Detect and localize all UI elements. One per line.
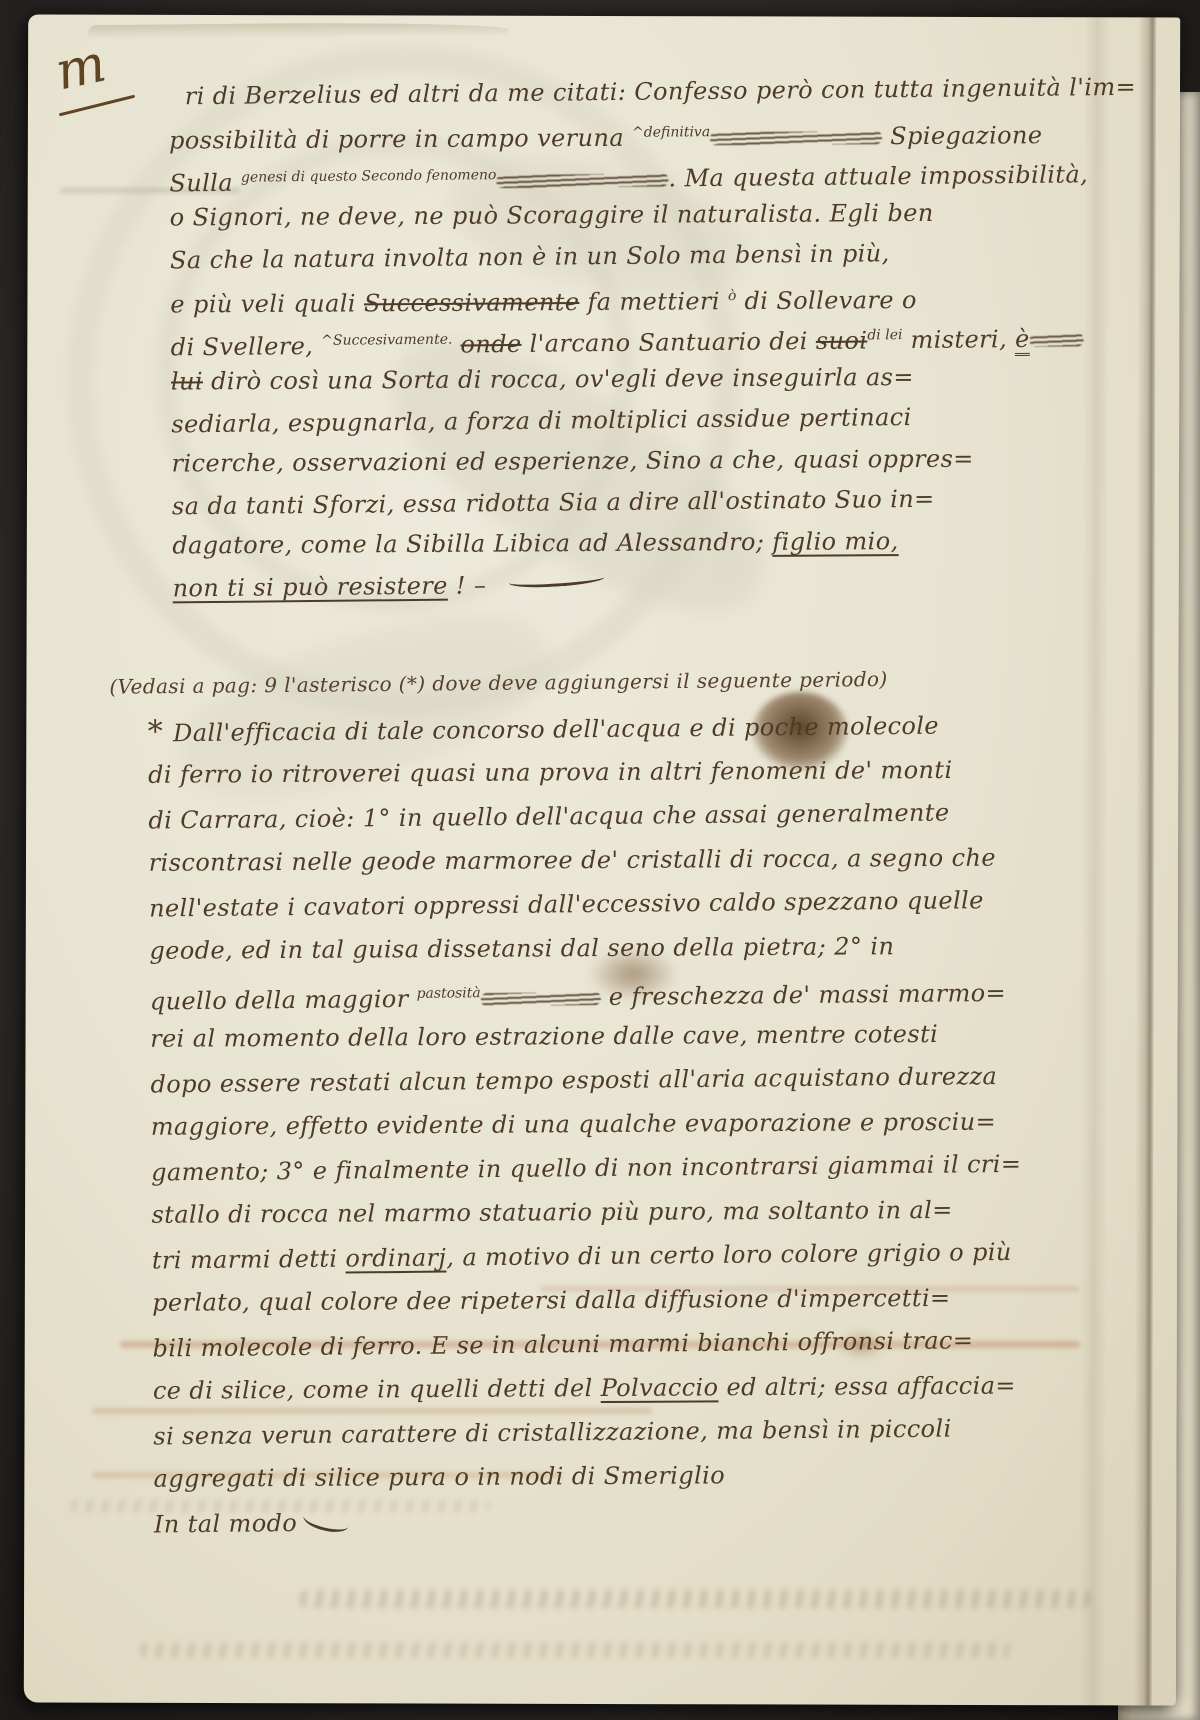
handwriting-segment: stallo di rocca nel marmo statuario più … (151, 1196, 952, 1229)
handwriting-segment: bili molecole di ferro. E se in alcuni m… (152, 1326, 973, 1362)
handwriting-segment: riscontrasi nelle geode marmoree de' cri… (149, 844, 996, 877)
marginal-note-line: (Vedasi a pag: 9 l'asterisco (*) dove de… (109, 660, 888, 707)
bleedthrough-writing (139, 1642, 1011, 1658)
page-top-edge (88, 21, 508, 39)
manuscript-line: bili molecole di ferro. E se in alcuni m… (152, 1318, 1023, 1371)
paragraph-addition: * Dall'efficacia di tale concorso dell'a… (148, 703, 1025, 1546)
handwriting-segment: l'arcano Santuario dei (521, 327, 816, 358)
manuscript-line: non ti si può resistere ! – (172, 559, 1140, 610)
manuscript-line: geode, ed in tal guisa dissetansi dal se… (149, 923, 1019, 972)
handwriting-segment: non ti si può resistere (172, 572, 447, 603)
handwriting-segment: dirò così una Sorta di rocca, ov'egli de… (203, 363, 914, 395)
scan-background: { "document": { "folio_mark": "m", "kind… (0, 0, 1200, 1720)
handwriting-segment: di Carrara, cioè: 1° in quello dell'acqu… (148, 799, 949, 835)
handwriting-segment: figlio mio, (772, 527, 898, 556)
handwriting-segment: ordinarj (345, 1244, 446, 1273)
manuscript-line: maggiore, effetto evidente di una qualch… (151, 1099, 1021, 1148)
handwriting-segment: suoi (816, 326, 868, 355)
handwriting-segment: aggregati di silice pura o in nodi di Sm… (154, 1461, 726, 1492)
struck-out-scribble (481, 992, 601, 1006)
handwriting-segment: sediarla, espugnarla, a forza di moltipl… (171, 403, 912, 438)
handwriting-segment: onde (460, 330, 521, 359)
pen-flourish (302, 1507, 351, 1536)
handwriting-segment: ^definitiva (632, 124, 710, 140)
manuscript-line: tri marmi detti ordinarj, a motivo di un… (152, 1230, 1023, 1283)
handwriting-segment: di Sollevare o (736, 286, 917, 315)
handwriting-segment: nell'estate i cavatori oppressi dall'ecc… (149, 886, 984, 922)
manuscript-line: (Vedasi a pag: 9 l'asterisco (*) dove de… (109, 659, 888, 708)
manuscript-line: aggregati di silice pura o in nodi di Sm… (153, 1451, 1023, 1500)
manuscript-line: si senza verun carattere di cristallizza… (153, 1406, 1024, 1459)
manuscript-text: ri di Berzelius ed altri da me citati: C… (0, 0, 1200, 5)
handwriting-segment: genesi di questo Secondo fenomeno (241, 167, 497, 186)
handwriting-segment: pastosità (416, 985, 480, 1002)
handwriting-segment: Successivamente (364, 288, 580, 317)
manuscript-line: gamento; 3° e finalmente in quello di no… (151, 1142, 1022, 1195)
manuscript-line: di Carrara, cioè: 1° in quello dell'acqu… (148, 790, 1019, 843)
manuscript-line: rei al momento della loro estrazione dal… (150, 1011, 1020, 1060)
manuscript-line: nell'estate i cavatori oppressi dall'ecc… (149, 878, 1020, 931)
handwriting-segment: ed altri; essa affaccia= (718, 1372, 1016, 1402)
handwriting-segment: si senza verun carattere di cristallizza… (153, 1415, 952, 1451)
handwriting-segment: ò (728, 288, 737, 304)
handwriting-segment: perlato, qual colore dee ripetersi dalla… (152, 1284, 950, 1317)
manuscript-line: In tal modo (154, 1494, 1025, 1547)
handwriting-segment: sa da tanti Sforzi, essa ridotta Sia a d… (172, 485, 935, 521)
manuscript-line: stallo di rocca nel marmo statuario più … (151, 1187, 1021, 1236)
handwriting-segment: (Vedasi a pag: 9 l'asterisco (*) dove de… (109, 667, 887, 699)
handwriting-segment: In tal modo (154, 1509, 298, 1538)
handwriting-segment: o Signori, ne deve, ne può Scoraggire il… (170, 199, 934, 232)
handwriting-segment: Polvaccio (601, 1373, 719, 1402)
manuscript-line: dopo essere restati alcun tempo esposti … (150, 1054, 1021, 1107)
handwriting-segment: Sulla (169, 169, 241, 198)
handwriting-segment: misteri, (902, 325, 1015, 354)
handwriting-segment: rei al momento della loro estrazione dal… (150, 1020, 938, 1053)
handwriting-segment: di lei (867, 327, 902, 343)
paragraph-main: ri di Berzelius ed altri da me citati: C… (169, 68, 1141, 609)
handwriting-segment: geode, ed in tal guisa dissetansi dal se… (149, 932, 894, 965)
handwriting-segment: * (148, 714, 174, 749)
struck-out-scribble (1030, 333, 1084, 347)
manuscript-line: perlato, qual colore dee ripetersi dalla… (152, 1275, 1022, 1324)
bleedthrough-writing (299, 1590, 1091, 1608)
handwriting-segment: Sa che la natura involta non è in un Sol… (170, 239, 890, 274)
handwriting-segment: di Svellere, (171, 332, 322, 361)
handwriting-segment: gamento; 3° e finalmente in quello di no… (151, 1150, 1021, 1187)
manuscript-line: * Dall'efficacia di tale concorso dell'a… (148, 702, 1019, 755)
handwriting-segment: ricerche, osservazioni ed esperienze, Si… (172, 445, 974, 478)
handwriting-segment: dopo essere restati alcun tempo esposti … (150, 1062, 997, 1098)
handwriting-segment: lui (171, 367, 203, 395)
pen-flourish (508, 571, 605, 590)
manuscript-line: riscontrasi nelle geode marmoree de' cri… (149, 835, 1019, 884)
manuscript-line: quello della maggior pastosità e fresche… (150, 966, 1021, 1019)
handwriting-segment: ^Succesivamente. (321, 332, 452, 349)
handwriting-segment: possibilità di porre in campo veruna (169, 124, 632, 155)
handwriting-segment: quello della maggior (150, 985, 417, 1016)
handwriting-segment: dagatore, come la Sibilla Libica ad Ales… (172, 528, 772, 560)
handwriting-segment: . Ma questa attuale impossibilità, (668, 160, 1088, 192)
manuscript-line: ce di silice, come in quelli detti del P… (153, 1363, 1023, 1412)
manuscript-line: di ferro io ritroverei quasi una prova i… (148, 747, 1018, 796)
struck-out-scribble (496, 173, 668, 188)
struck-out-scribble (710, 131, 882, 145)
folio-mark: m (51, 37, 110, 98)
handwriting-segment: e freschezza de' massi marmo= (601, 979, 1007, 1011)
handwriting-segment (452, 331, 460, 359)
handwriting-segment: Dall'efficacia di tale concorso dell'acq… (173, 712, 939, 748)
handwriting-segment: maggiore, effetto evidente di una qualch… (151, 1108, 996, 1141)
handwriting-segment: di ferro io ritroverei quasi una prova i… (148, 756, 953, 789)
handwriting-segment: ce di silice, come in quelli detti del (153, 1374, 601, 1405)
handwriting-segment: tri marmi detti (152, 1245, 346, 1275)
handwriting-segment: ! – (448, 571, 495, 599)
handwriting-segment: Spiegazione (882, 121, 1042, 150)
handwriting-segment: fa mettieri (579, 287, 728, 316)
handwriting-segment: , a motivo di un certo loro colore grigi… (446, 1238, 1012, 1272)
handwriting-segment: e più veli quali (170, 289, 364, 318)
handwriting-segment: è (1015, 325, 1030, 356)
handwriting-segment: ri di Berzelius ed altri da me citati: C… (185, 73, 1137, 110)
